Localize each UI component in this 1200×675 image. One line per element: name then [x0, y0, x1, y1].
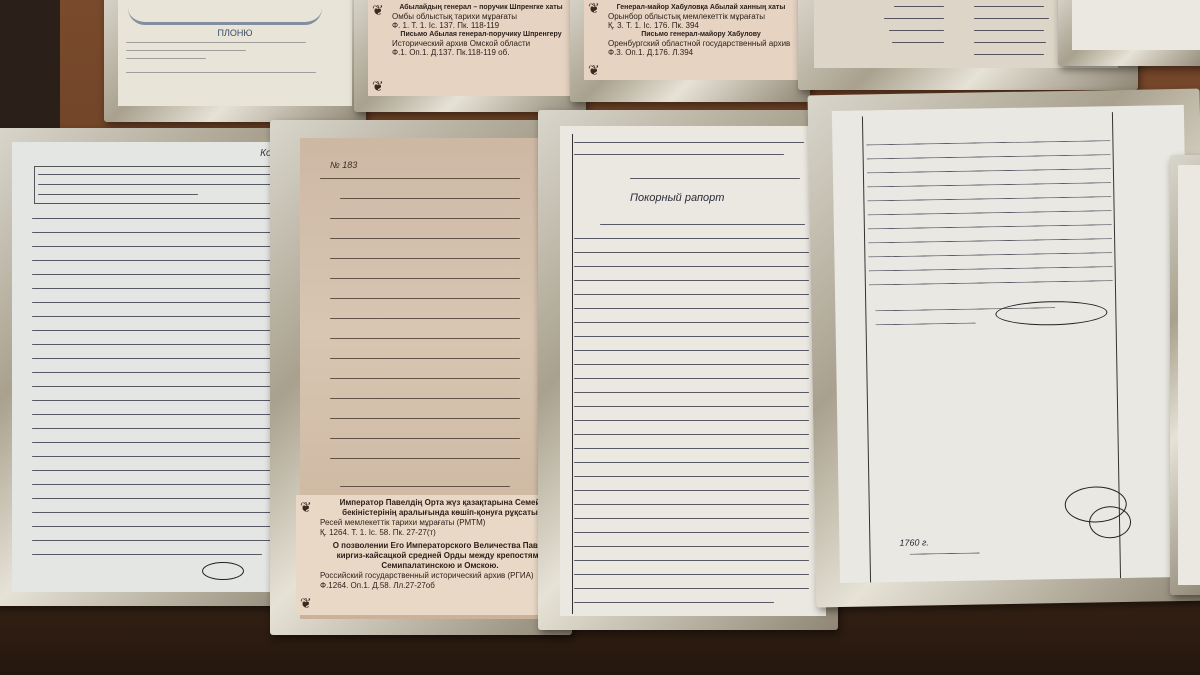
frame-far-right-partial	[1170, 155, 1200, 595]
header-box	[34, 166, 296, 204]
rapport-heading: Покорный рапорт	[630, 192, 724, 204]
caption-label: ❦ ❦ Генерал-майор Хабуловқа Абылай ханны…	[584, 0, 800, 80]
signature	[995, 300, 1107, 326]
frame-top-left: ПЛОНЮ	[104, 0, 366, 122]
ornamental-ribbon	[128, 8, 322, 25]
ornamental-certificate: ПЛОНЮ	[118, 0, 352, 106]
kazakh-ornament-icon: ❦	[372, 2, 388, 18]
frame-top-center-right: ❦ ❦ Генерал-майор Хабуловқа Абылай ханны…	[570, 0, 810, 102]
photo-scene: ПЛОНЮ ❦ ❦ Абылайдың генерал – поручик Шп…	[0, 0, 1200, 675]
kazakh-ornament-icon: ❦	[300, 595, 316, 611]
document-number: № 183	[330, 160, 357, 170]
kazakh-ornament-icon: ❦	[588, 62, 604, 78]
rapport-manuscript: Покорный рапорт	[560, 126, 826, 616]
frame-center-sepia: № 183 ❦ ❦ Император Павелдің Орта жүз қа…	[270, 120, 572, 635]
frame-center-right-handwritten: Покорный рапорт	[538, 110, 838, 630]
certificate-heading: ПЛОНЮ	[118, 28, 352, 38]
signed-manuscript: 1760 г.	[832, 105, 1192, 583]
kazakh-ornament-icon: ❦	[300, 499, 316, 515]
frame-left-handwritten: Копия	[0, 128, 312, 606]
handwritten-copy-document: Копия	[12, 142, 302, 592]
frame-top-far-right	[1058, 0, 1200, 66]
background-shadow	[0, 0, 60, 130]
flourish-signature	[1089, 506, 1132, 539]
blank-document	[1072, 0, 1200, 50]
kazakh-ornament-icon: ❦	[372, 78, 388, 94]
partial-document	[1178, 165, 1200, 585]
date-note: 1760 г.	[899, 537, 929, 548]
signature	[202, 562, 244, 580]
caption-label: ❦ ❦ Абылайдың генерал – поручик Шпренгке…	[368, 0, 576, 96]
kazakh-ornament-icon: ❦	[588, 0, 604, 16]
frame-right-handwritten: 1760 г.	[808, 89, 1200, 608]
frame-top-center: ❦ ❦ Абылайдың генерал – поручик Шпренгке…	[354, 0, 586, 112]
margin-rule	[572, 134, 573, 614]
caption-label: ❦ ❦ Император Павелдің Орта жүз қазақтар…	[296, 495, 566, 615]
